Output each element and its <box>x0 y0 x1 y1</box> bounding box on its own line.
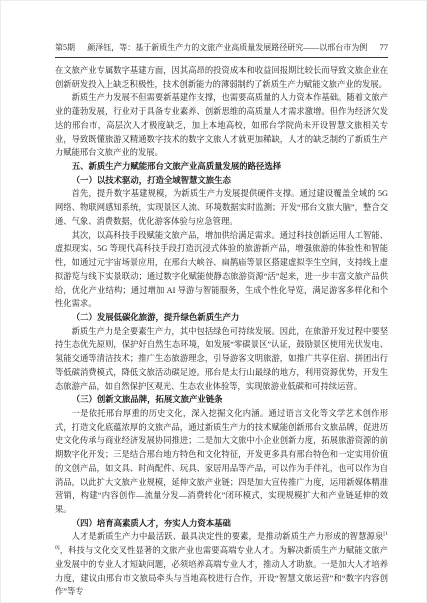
paragraph: 人才是新质生产力中最活跃、最具决定性的要素，是推动新质生产力形成的智慧源泉[10… <box>55 530 388 599</box>
subsection-heading: （一）以技术驱动，打造全域智慧文旅生态 <box>55 174 388 188</box>
running-header: 第5期 颜泽钰，等：基于新质生产力的文旅产业高质量发展路径研究——以邢台市为例 … <box>55 42 388 58</box>
paragraph: 首先，提升数字基建规模，为新质生产力发展提供硬件支撑。通过建设覆盖全域的 5G … <box>55 187 388 228</box>
paragraph: 在文旅产业专属数字基建方面，因其高昂的投资成本和收益回报期比较长而导致文旅企业在… <box>55 64 388 91</box>
page-number: 77 <box>380 42 389 52</box>
paragraph: 其次，以高科技手段赋能文旅产品，增加供给满足需求。通过科技创新运用人工智能、虚拟… <box>55 229 388 311</box>
paragraph: 一是依托邢台厚重的历史文化，深入挖掘文化内涵。通过语言文化等文学艺术创作形式，打… <box>55 407 388 517</box>
paragraph-text: 人才是新质生产力中最活跃、最具决定性的要素，是推动新质生产力形成的智慧源泉 <box>72 532 384 541</box>
article-body: 在文旅产业专属数字基建方面，因其高昂的投资成本和收益回报期比较长而导致文旅企业在… <box>55 64 388 599</box>
paragraph: 新质生产力是全要素生产力，其中包括绿色可持续发展。因此，在旅游开发过程中要坚持生… <box>55 325 388 394</box>
paragraph-text: ，科技与文化交叉性显著的文旅产业也需要高端专业人才。为解决新质生产力赋能文旅产业… <box>55 546 388 596</box>
section-heading: 五、新质生产力赋能邢台文旅产业高质量发展的路径选择 <box>55 160 388 174</box>
subsection-heading: （四）培育高素质人才，夯实人力资本基础 <box>55 517 388 531</box>
running-title: 颜泽钰，等：基于新质生产力的文旅产业高质量发展路径研究——以邢台市为例 <box>75 43 380 53</box>
journal-issue-label: 第5期 <box>55 43 75 53</box>
subsection-heading: （二）发展低碳化旅游，提升绿色新质生产力 <box>55 311 388 325</box>
subsection-heading: （三）创新文旅品牌，拓展文旅产业链条 <box>55 393 388 407</box>
paragraph: 新质生产力发展不但需要新基建作支撑，也需要高质量的人力资本作基础。随着文旅产业的… <box>55 91 388 160</box>
paper-page: 第5期 颜泽钰，等：基于新质生产力的文旅产业高质量发展路径研究——以邢台市为例 … <box>0 0 427 603</box>
